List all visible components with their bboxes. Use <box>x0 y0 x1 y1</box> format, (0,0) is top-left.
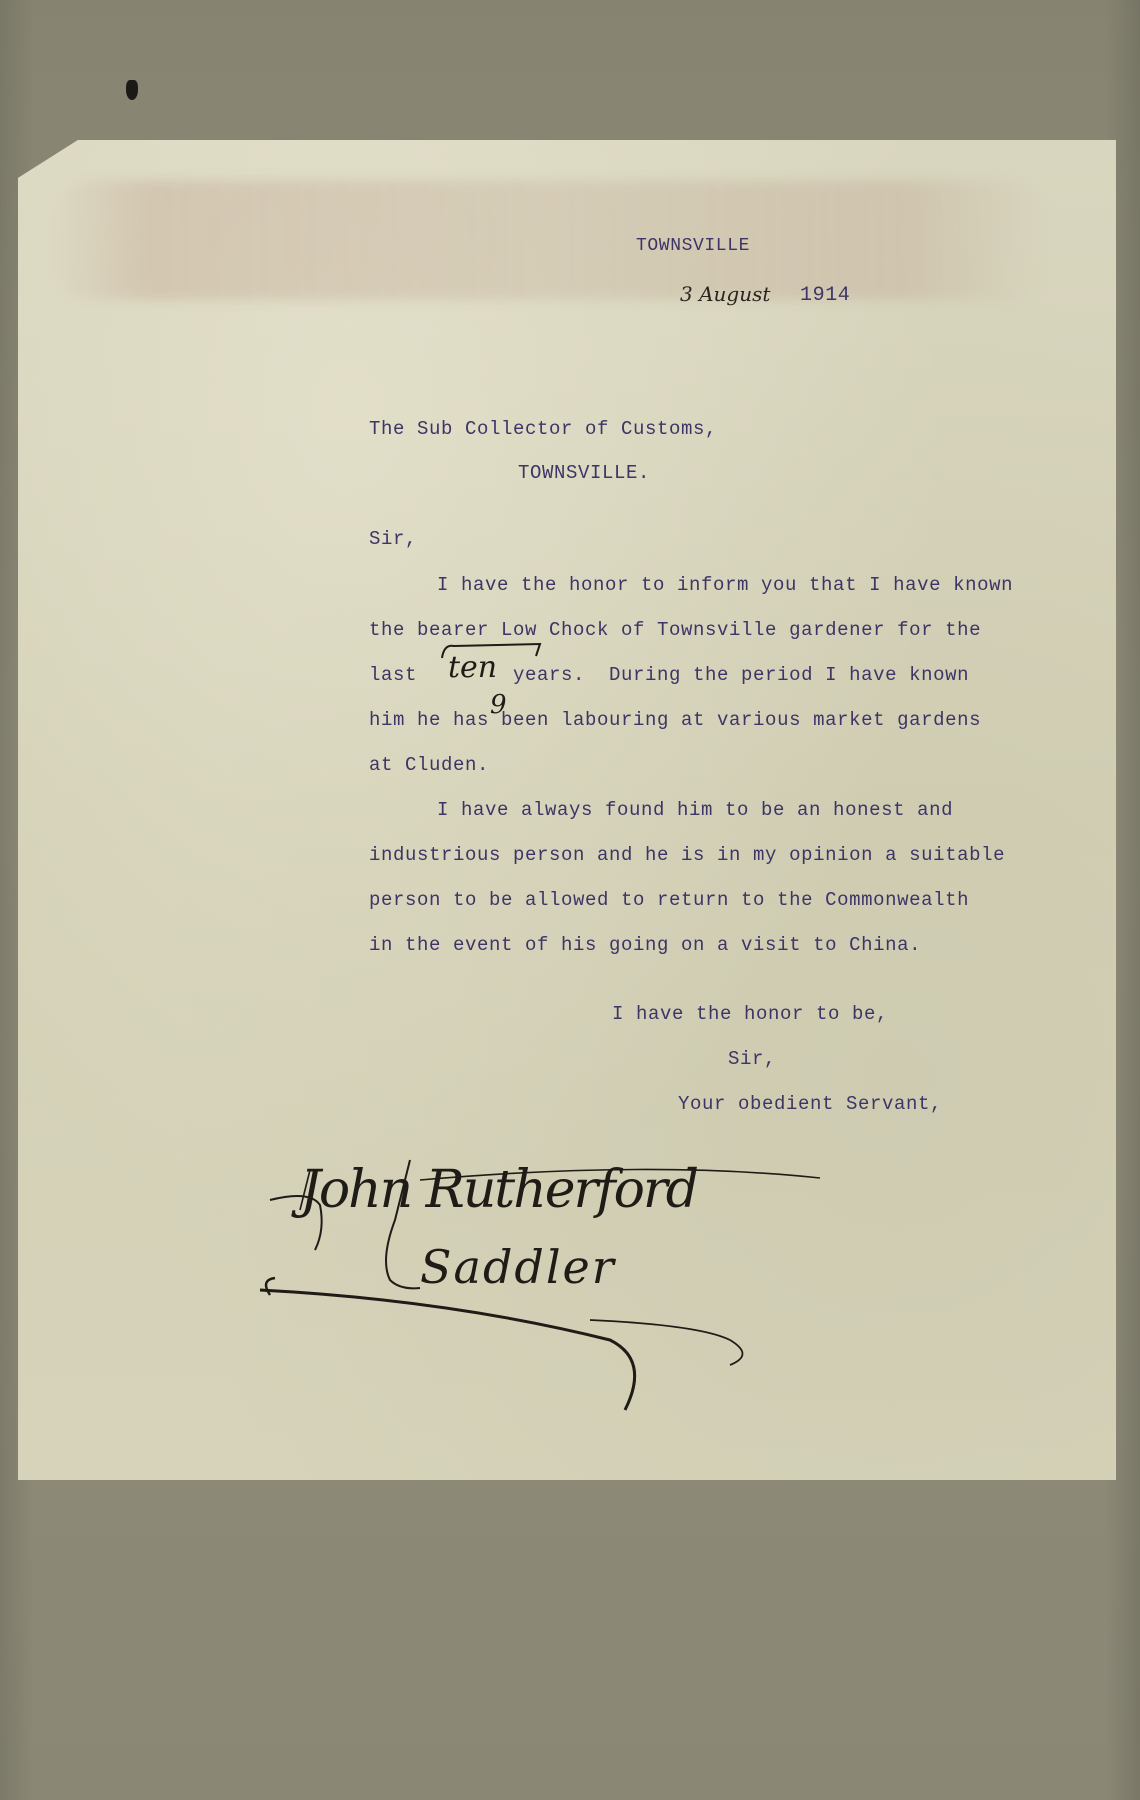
addressee-line-1: The Sub Collector of Customs, <box>369 418 717 440</box>
faded-letterhead <box>48 180 1048 300</box>
salutation: Sir, <box>369 528 417 550</box>
body-line: the bearer Low Chock of Townsville garde… <box>369 619 981 641</box>
letter-place: TOWNSVILLE <box>636 236 750 256</box>
addressee-line-2: TOWNSVILLE. <box>518 462 650 484</box>
body-line: person to be allowed to return to the Co… <box>369 889 969 911</box>
date-year: 1914 <box>800 284 850 307</box>
backing-ink-mark <box>126 80 138 100</box>
body-line: in the event of his going on a visit to … <box>369 934 921 956</box>
signature-name: John Rutherford <box>300 1160 697 1220</box>
body-line: I have always found him to be an honest … <box>437 799 953 821</box>
closing-line-1: I have the honor to be, <box>612 1003 888 1025</box>
handwritten-date: 3 August <box>680 282 770 306</box>
body-line: I have the honor to inform you that I ha… <box>437 574 1013 596</box>
body-line: at Cluden. <box>369 754 489 776</box>
closing-line-3: Your obedient Servant, <box>678 1093 942 1115</box>
insert-caret-line <box>440 640 550 660</box>
closing-line-2: Sir, <box>728 1048 776 1070</box>
body-line: industrious person and he is in my opini… <box>369 844 1005 866</box>
signature-occupation: Saddler <box>420 1240 616 1294</box>
body-line: him he has been labouring at various mar… <box>369 709 981 731</box>
